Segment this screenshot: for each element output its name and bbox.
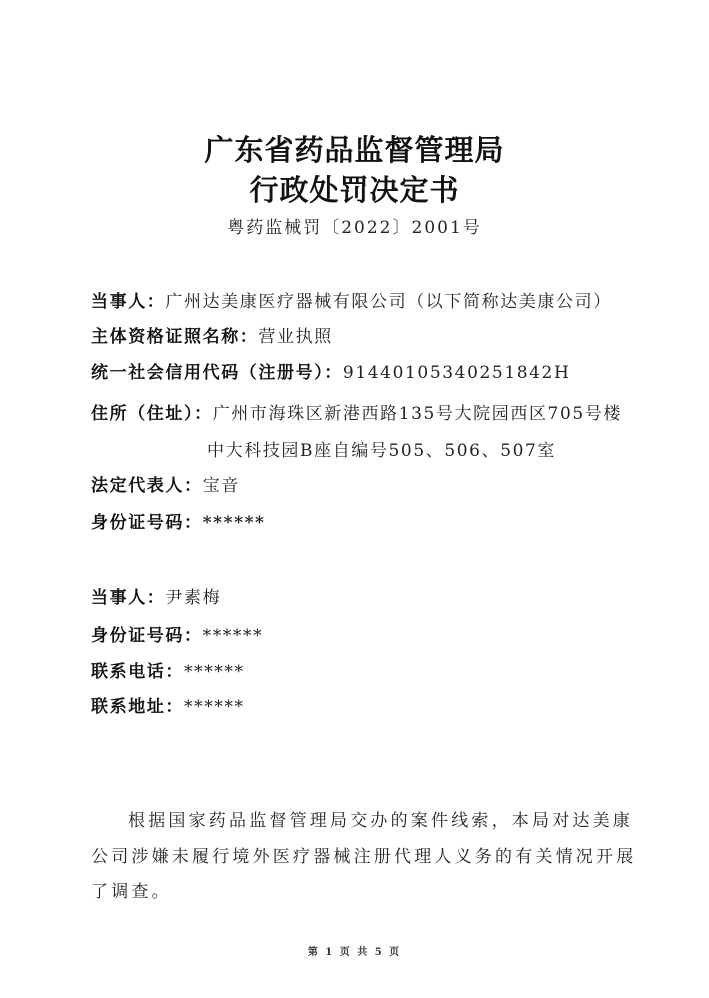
address-value-line1: 广州市海珠区新港西路135号大院园西区705号楼 — [213, 404, 622, 424]
address-label: 住所（住址）： — [91, 404, 213, 424]
party2-id-row: 身份证号码：****** — [91, 621, 263, 646]
license-name-value: 营业执照 — [258, 327, 332, 347]
address-continuation-row: 中大科技园B座自编号505、506、507室 — [207, 436, 556, 461]
party2-id-label: 身份证号码： — [91, 626, 203, 646]
body-paragraph-line2: 公司涉嫌未履行境外医疗器械注册代理人义务的有关情况开展 — [91, 842, 651, 867]
party2-name-row: 当事人：尹素梅 — [91, 583, 221, 608]
page-title-line2: 行政处罚决定书 — [0, 168, 709, 209]
document-number: 粤药监械罚〔2022〕2001号 — [0, 213, 709, 238]
party2-address-row: 联系地址：****** — [91, 692, 245, 717]
credit-code-label: 统一社会信用代码（注册号）： — [91, 363, 343, 383]
party2-address-value: ****** — [184, 697, 245, 717]
party2-phone-label: 联系电话： — [91, 662, 184, 682]
party2-id-value: ****** — [203, 626, 264, 646]
address-row: 住所（住址）：广州市海珠区新港西路135号大院园西区705号楼 — [91, 399, 622, 424]
page-title-line1: 广东省药品监督管理局 — [0, 128, 709, 169]
party1-name-value: 广州达美康医疗器械有限公司（以下简称达美康公司） — [165, 292, 611, 312]
party2-name-value: 尹素梅 — [165, 588, 221, 608]
party1-id-value: ****** — [203, 513, 266, 533]
legal-rep-row: 法定代表人：宝音 — [91, 471, 240, 496]
license-name-label: 主体资格证照名称： — [91, 327, 258, 347]
credit-code-row: 统一社会信用代码（注册号）：91440105340251842H — [91, 358, 570, 383]
credit-code-value: 91440105340251842H — [343, 363, 571, 383]
party1-id-row: 身份证号码：****** — [91, 508, 266, 533]
legal-rep-label: 法定代表人： — [91, 476, 203, 496]
party2-address-label: 联系地址： — [91, 697, 184, 717]
party1-name-label: 当事人： — [91, 292, 165, 312]
license-name-row: 主体资格证照名称：营业执照 — [91, 322, 333, 347]
address-value-line2: 中大科技园B座自编号505、506、507室 — [207, 441, 556, 461]
body-paragraph-line3: 了调查。 — [91, 877, 651, 902]
party1-name-row: 当事人：广州达美康医疗器械有限公司（以下简称达美康公司） — [91, 287, 612, 312]
page-indicator: 第 1 页 共 5 页 — [0, 943, 709, 958]
legal-rep-value: 宝音 — [203, 476, 240, 496]
party2-name-label: 当事人： — [91, 588, 165, 608]
party1-id-label: 身份证号码： — [91, 513, 203, 533]
party2-phone-value: ****** — [184, 662, 245, 682]
body-paragraph-line1: 根据国家药品监督管理局交办的案件线索，本局对达美康 — [128, 806, 688, 831]
party2-phone-row: 联系电话：****** — [91, 657, 245, 682]
